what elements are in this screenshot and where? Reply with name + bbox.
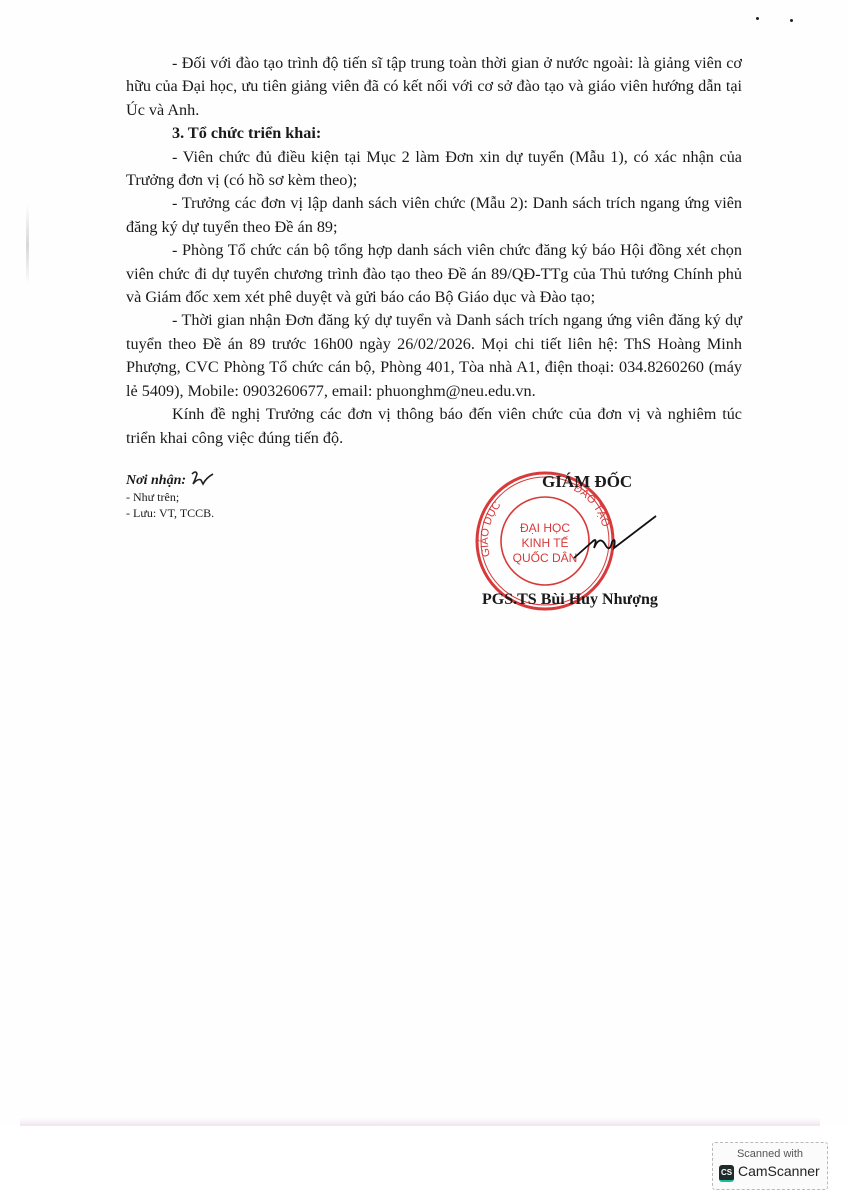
page-crease-mark bbox=[26, 205, 29, 285]
body-paragraph: - Viên chức đủ điều kiện tại Mục 2 làm Đ… bbox=[126, 146, 742, 193]
camscanner-logo-icon: CS bbox=[719, 1165, 734, 1182]
signer-name: PGS.TS Bùi Huy Nhượng bbox=[482, 591, 658, 609]
watermark-brand: CamScanner bbox=[738, 1163, 820, 1179]
svg-text:QUỐC DÂN: QUỐC DÂN bbox=[513, 550, 578, 565]
handwritten-signature-icon bbox=[570, 506, 660, 566]
document-body: - Đối với đào tạo trình độ tiến sĩ tập t… bbox=[126, 52, 742, 450]
body-paragraph: - Trưởng các đơn vị lập danh sách viên c… bbox=[126, 192, 742, 239]
section-heading: 3. Tổ chức triển khai: bbox=[126, 122, 742, 145]
scan-speck bbox=[756, 17, 759, 20]
scan-speck bbox=[790, 19, 793, 22]
body-paragraph: - Thời gian nhận Đơn đăng ký dự tuyển và… bbox=[126, 309, 742, 403]
recipients-title: Nơi nhận: bbox=[126, 473, 186, 488]
initial-signature-icon bbox=[189, 470, 215, 486]
recipient-item: - Như trên; bbox=[126, 489, 215, 505]
body-paragraph: Kính đề nghị Trưởng các đơn vị thông báo… bbox=[126, 403, 742, 450]
signer-title: GIÁM ĐỐC bbox=[542, 472, 632, 492]
recipient-item: - Lưu: VT, TCCB. bbox=[126, 505, 215, 521]
svg-text:KINH TẾ: KINH TẾ bbox=[521, 535, 568, 550]
recipients-block: Nơi nhận: - Như trên; - Lưu: VT, TCCB. bbox=[126, 470, 215, 521]
svg-text:GIÁO DỤC: GIÁO DỤC bbox=[478, 499, 504, 558]
signature-block: GIÁO DỤC ĐÀO TẠO ĐẠI HỌC KINH TẾ QUỐC DÂ… bbox=[470, 466, 710, 616]
scanned-page: - Đối với đào tạo trình độ tiến sĩ tập t… bbox=[0, 0, 848, 1125]
body-paragraph: - Phòng Tổ chức cán bộ tổng hợp danh sác… bbox=[126, 239, 742, 309]
body-paragraph: - Đối với đào tạo trình độ tiến sĩ tập t… bbox=[126, 52, 742, 122]
watermark-top-text: Scanned with bbox=[713, 1148, 827, 1160]
camscanner-watermark: Scanned with CS CamScanner bbox=[712, 1142, 828, 1190]
svg-text:ĐẠI HỌC: ĐẠI HỌC bbox=[520, 521, 570, 535]
page-bottom-edge bbox=[20, 1118, 820, 1126]
